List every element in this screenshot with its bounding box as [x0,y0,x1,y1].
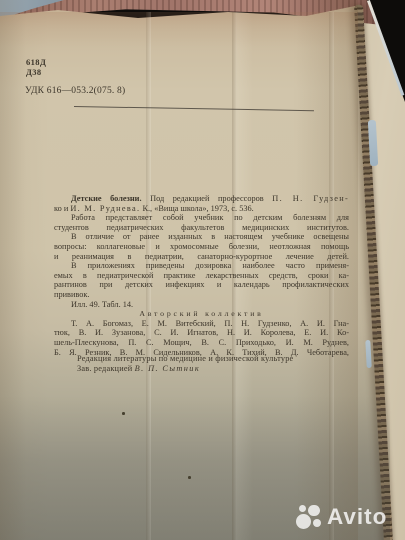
editor-name: И. М. Руднева. [70,204,140,213]
annotation-line: вопросы: коллагеновые и хромосомные боле… [54,242,349,252]
author-line: шель-Плескунова, П. С. Мощич, В. С. Прих… [54,338,349,348]
annotation-line: прививок. [54,290,349,300]
annotation-line: и реанимация в педиатрии, санаторно-куро… [54,252,349,262]
author-sign: Д38 [26,68,46,78]
bibliography-text: ко и [54,204,68,213]
paper-speck [188,476,191,479]
editor-name: П. Н. Гудзен- [272,194,349,203]
avito-logo-icon [296,503,323,530]
annotation-line: рантинов при детских инфекциях и календа… [54,280,349,290]
bibliography-line: Детские болезни. Под редакцией профессор… [54,194,349,204]
avito-watermark: Avito [296,503,387,530]
avito-wordmark: Avito [327,503,387,530]
catalog-stamp: 618Д Д38 [26,58,46,77]
illustrations-tables-note: Илл. 49. Табл. 14. [54,300,349,310]
book-title: Детские болезни. [71,194,142,203]
book-page-photo: 618Д Д38 УДК 616—053.2(075. 8) Детские б… [0,0,405,540]
annotation-line: В отличие от ранее изданных в настоящем … [54,232,349,242]
editorial-line: Редакция литературы по медицине и физиче… [77,354,293,364]
bibliography-text: Под редакцией профессоров [150,194,264,203]
paper-speck [122,412,125,415]
editorial-info: Редакция литературы по медицине и физиче… [77,354,293,373]
author-line: Т. А. Богомаз, Е. М. Витебский, П. Н. Гу… [54,319,349,329]
imprint-text-block: Детские болезни. Под редакцией профессор… [54,194,349,357]
editor-in-charge-name: В. П. Сытник [135,364,200,373]
editorial-line: Зав. редакцией В. П. Сытник [77,364,293,374]
annotation-line: емых в педиатрической практике лекарстве… [54,271,349,281]
author-line: тюк, В. И. Зузанова, С. И. Игнатов, Н. И… [54,328,349,338]
authors-heading: Авторский коллектив [54,309,349,319]
editorial-label: Зав. редакцией [77,364,132,373]
annotation-line: студентов педиатрических факультетов мед… [54,223,349,233]
annotation-line: В приложениях приведены дозировка наибол… [54,261,349,271]
bibliography-line: ко и И. М. Руднева. К., «Вища школа», 19… [54,204,349,214]
bibliography-text: К., «Вища школа», 1973, с. 536. [142,204,253,213]
annotation-line: Работа представляет собой учебник по дет… [54,213,349,223]
udk-number: УДК 616—053.2(075. 8) [25,86,125,96]
